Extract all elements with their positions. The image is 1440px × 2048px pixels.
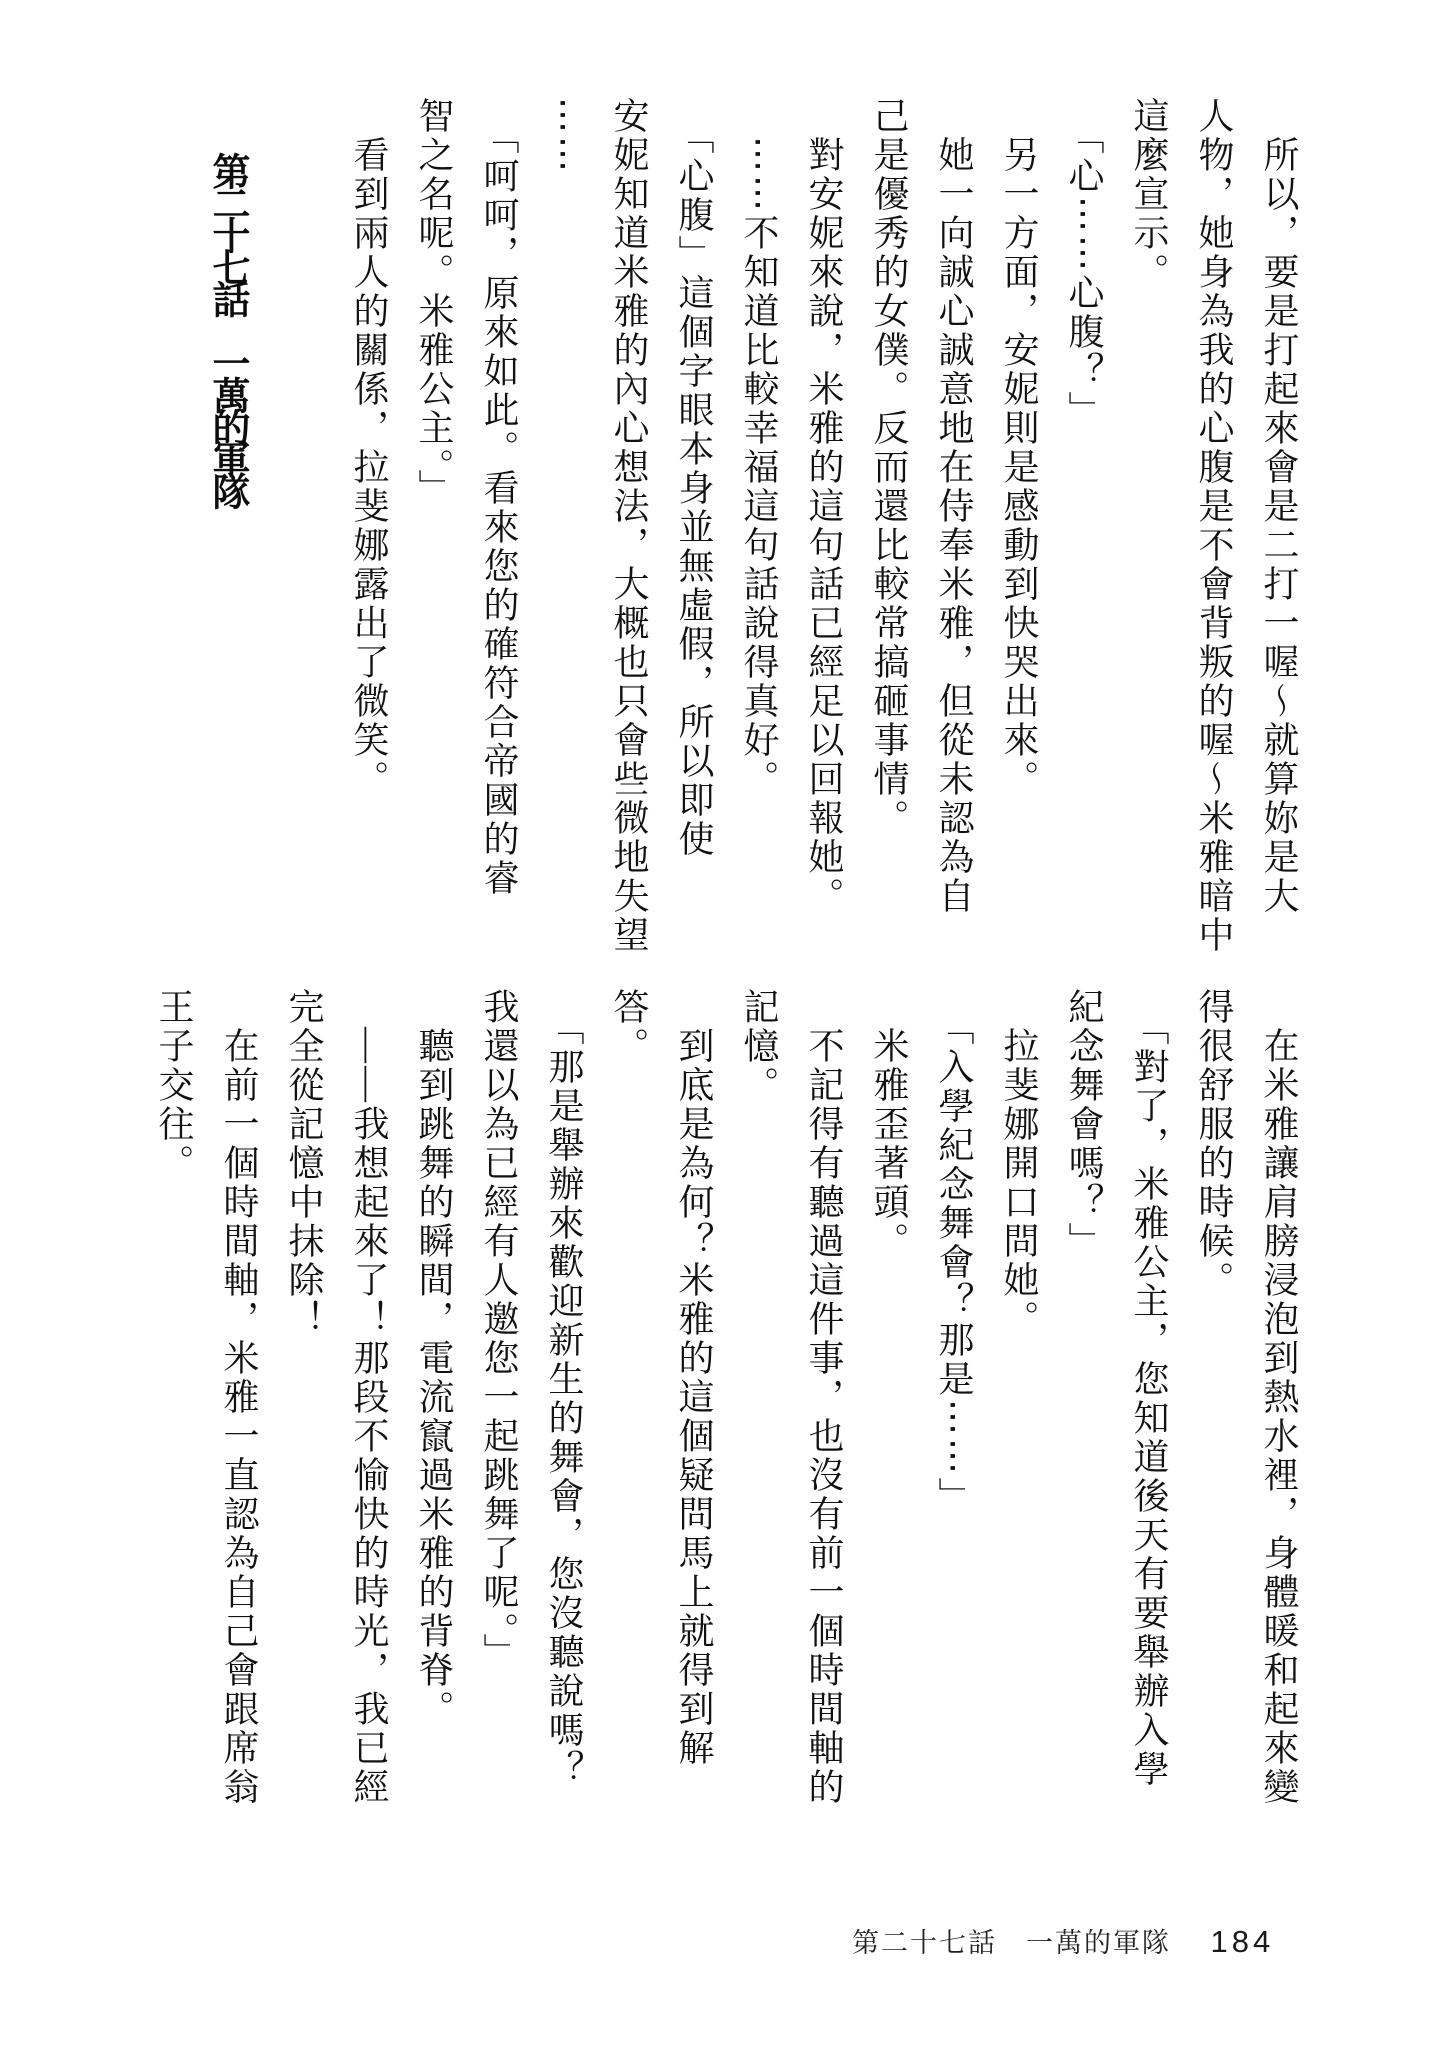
text-column: 智之名呢。米雅公主。」 <box>401 97 466 961</box>
text-column: 「入學紀念舞會？那是⋯⋯」 <box>921 988 986 1856</box>
text-column: 王子交往。 <box>141 988 206 1856</box>
text-column: 「對了，米雅公主，您知道後天有要舉辦入學 <box>1116 988 1181 1856</box>
text-column: 紀念舞會嗎？」 <box>1051 988 1116 1856</box>
footer-page-number: 184 <box>1211 1924 1275 1960</box>
text-column: 所以，要是打起來會是二打一喔～就算妳是大 <box>1246 97 1311 961</box>
text-column: 完全從記憶中抹除！ <box>271 988 336 1856</box>
text-column: 聽到跳舞的瞬間，電流竄過米雅的背脊。 <box>401 988 466 1856</box>
text-column: 另一方面，安妮則是感動到快哭出來。 <box>986 97 1051 961</box>
text-column: 看到兩人的關係，拉斐娜露出了微笑。 <box>336 97 401 961</box>
text-column: 拉斐娜開口問她。 <box>986 988 1051 1856</box>
text-column: ⋯⋯ <box>531 97 596 961</box>
text-column: 在米雅讓肩膀浸泡到熱水裡，身體暖和起來變 <box>1246 988 1311 1856</box>
text-column: 在前一個時間軸，米雅一直認為自己會跟席翁 <box>206 988 271 1856</box>
text-column: 對安妮來說，米雅的這句話已經足以回報她。 <box>791 97 856 961</box>
text-column: ⋯⋯不知道比較幸福這句話說得真好。 <box>726 97 791 961</box>
text-column: 「心腹」這個字眼本身並無虛假，所以即使 <box>661 97 726 961</box>
text-column: ——我想起來了！那段不愉快的時光，我已經 <box>336 988 401 1856</box>
text-column: 她一向誠心誠意地在侍奉米雅，但從未認為自 <box>921 97 986 961</box>
text-column: 得很舒服的時候。 <box>1181 988 1246 1856</box>
text-column: 不記得有聽過這件事，也沒有前一個時間軸的 <box>791 988 856 1856</box>
text-column: 己是優秀的女僕。反而還比較常搞砸事情。 <box>856 97 921 961</box>
text-column: 答。 <box>596 988 661 1856</box>
text-column: 「那是舉辦來歡迎新生的舞會，您沒聽說嗎？ <box>531 988 596 1856</box>
text-column: 這麼宣示。 <box>1116 97 1181 961</box>
text-column: 安妮知道米雅的內心想法，大概也只會些微地失望 <box>596 97 661 961</box>
bottom-text-block: 在米雅讓肩膀浸泡到熱水裡，身體暖和起來變得很舒服的時候。 「對了，米雅公主，您知… <box>141 988 1311 1856</box>
text-column: 「呵呵，原來如此。看來您的確符合帝國的睿 <box>466 97 531 961</box>
page-footer: 第二十七話 一萬的軍隊 184 <box>852 1921 1274 1960</box>
text-column: 「心⋯⋯心腹？」 <box>1051 97 1116 961</box>
text-column: 人物，她身為我的心腹是不會背叛的喔～米雅暗中 <box>1181 97 1246 961</box>
text-column: 米雅歪著頭。 <box>856 988 921 1856</box>
book-page: 所以，要是打起來會是二打一喔～就算妳是大人物，她身為我的心腹是不會背叛的喔～米雅… <box>0 0 1440 2048</box>
text-column: 我還以為已經有人邀您一起跳舞了呢。」 <box>466 988 531 1856</box>
footer-running-title: 第二十七話 一萬的軍隊 <box>852 1928 1171 1958</box>
text-column: 記憶。 <box>726 988 791 1856</box>
top-text-block: 所以，要是打起來會是二打一喔～就算妳是大人物，她身為我的心腹是不會背叛的喔～米雅… <box>336 97 1311 961</box>
chapter-heading: 第二十七話 一萬的軍隊 <box>200 152 255 504</box>
text-column: 到底是為何？米雅的這個疑問馬上就得到解 <box>661 988 726 1856</box>
